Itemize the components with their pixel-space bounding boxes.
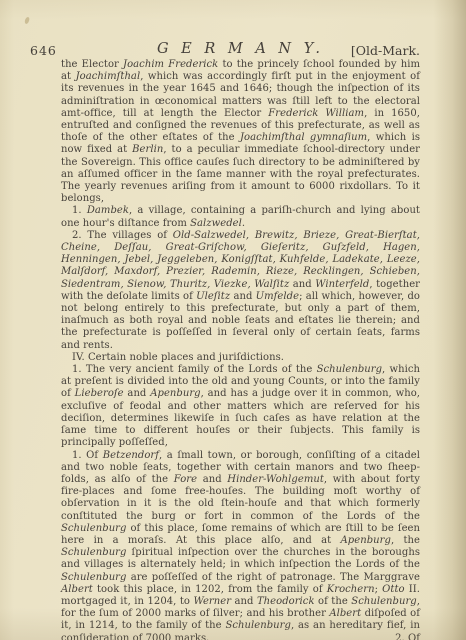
page-body: the Elector Joachim Frederick to the pri… — [61, 59, 420, 640]
paragraph: 1. Dambek, a village, containing a pariſ… — [61, 205, 420, 229]
section-marker: [Old-Mark. — [351, 43, 420, 58]
paper-speck — [24, 17, 30, 25]
page-number: 646 — [30, 43, 57, 58]
page-header: 646 G E R M A N Y. [Old-Mark. — [61, 41, 420, 59]
paragraph: 2. The villages of Old-Salzwedel, Brewit… — [61, 230, 420, 352]
paragraphs: the Elector Joachim Frederick to the pri… — [61, 59, 420, 640]
paragraph: IV. Certain noble places and juriſdictio… — [61, 352, 420, 364]
paragraph: 1. The very ancient family of the Lords … — [61, 364, 420, 449]
paragraph: 1. Of Betzendorf, a ſmall town, or borou… — [61, 450, 420, 640]
paragraph: the Elector Joachim Frederick to the pri… — [61, 59, 420, 205]
book-page: 646 G E R M A N Y. [Old-Mark. the Electo… — [0, 0, 466, 640]
